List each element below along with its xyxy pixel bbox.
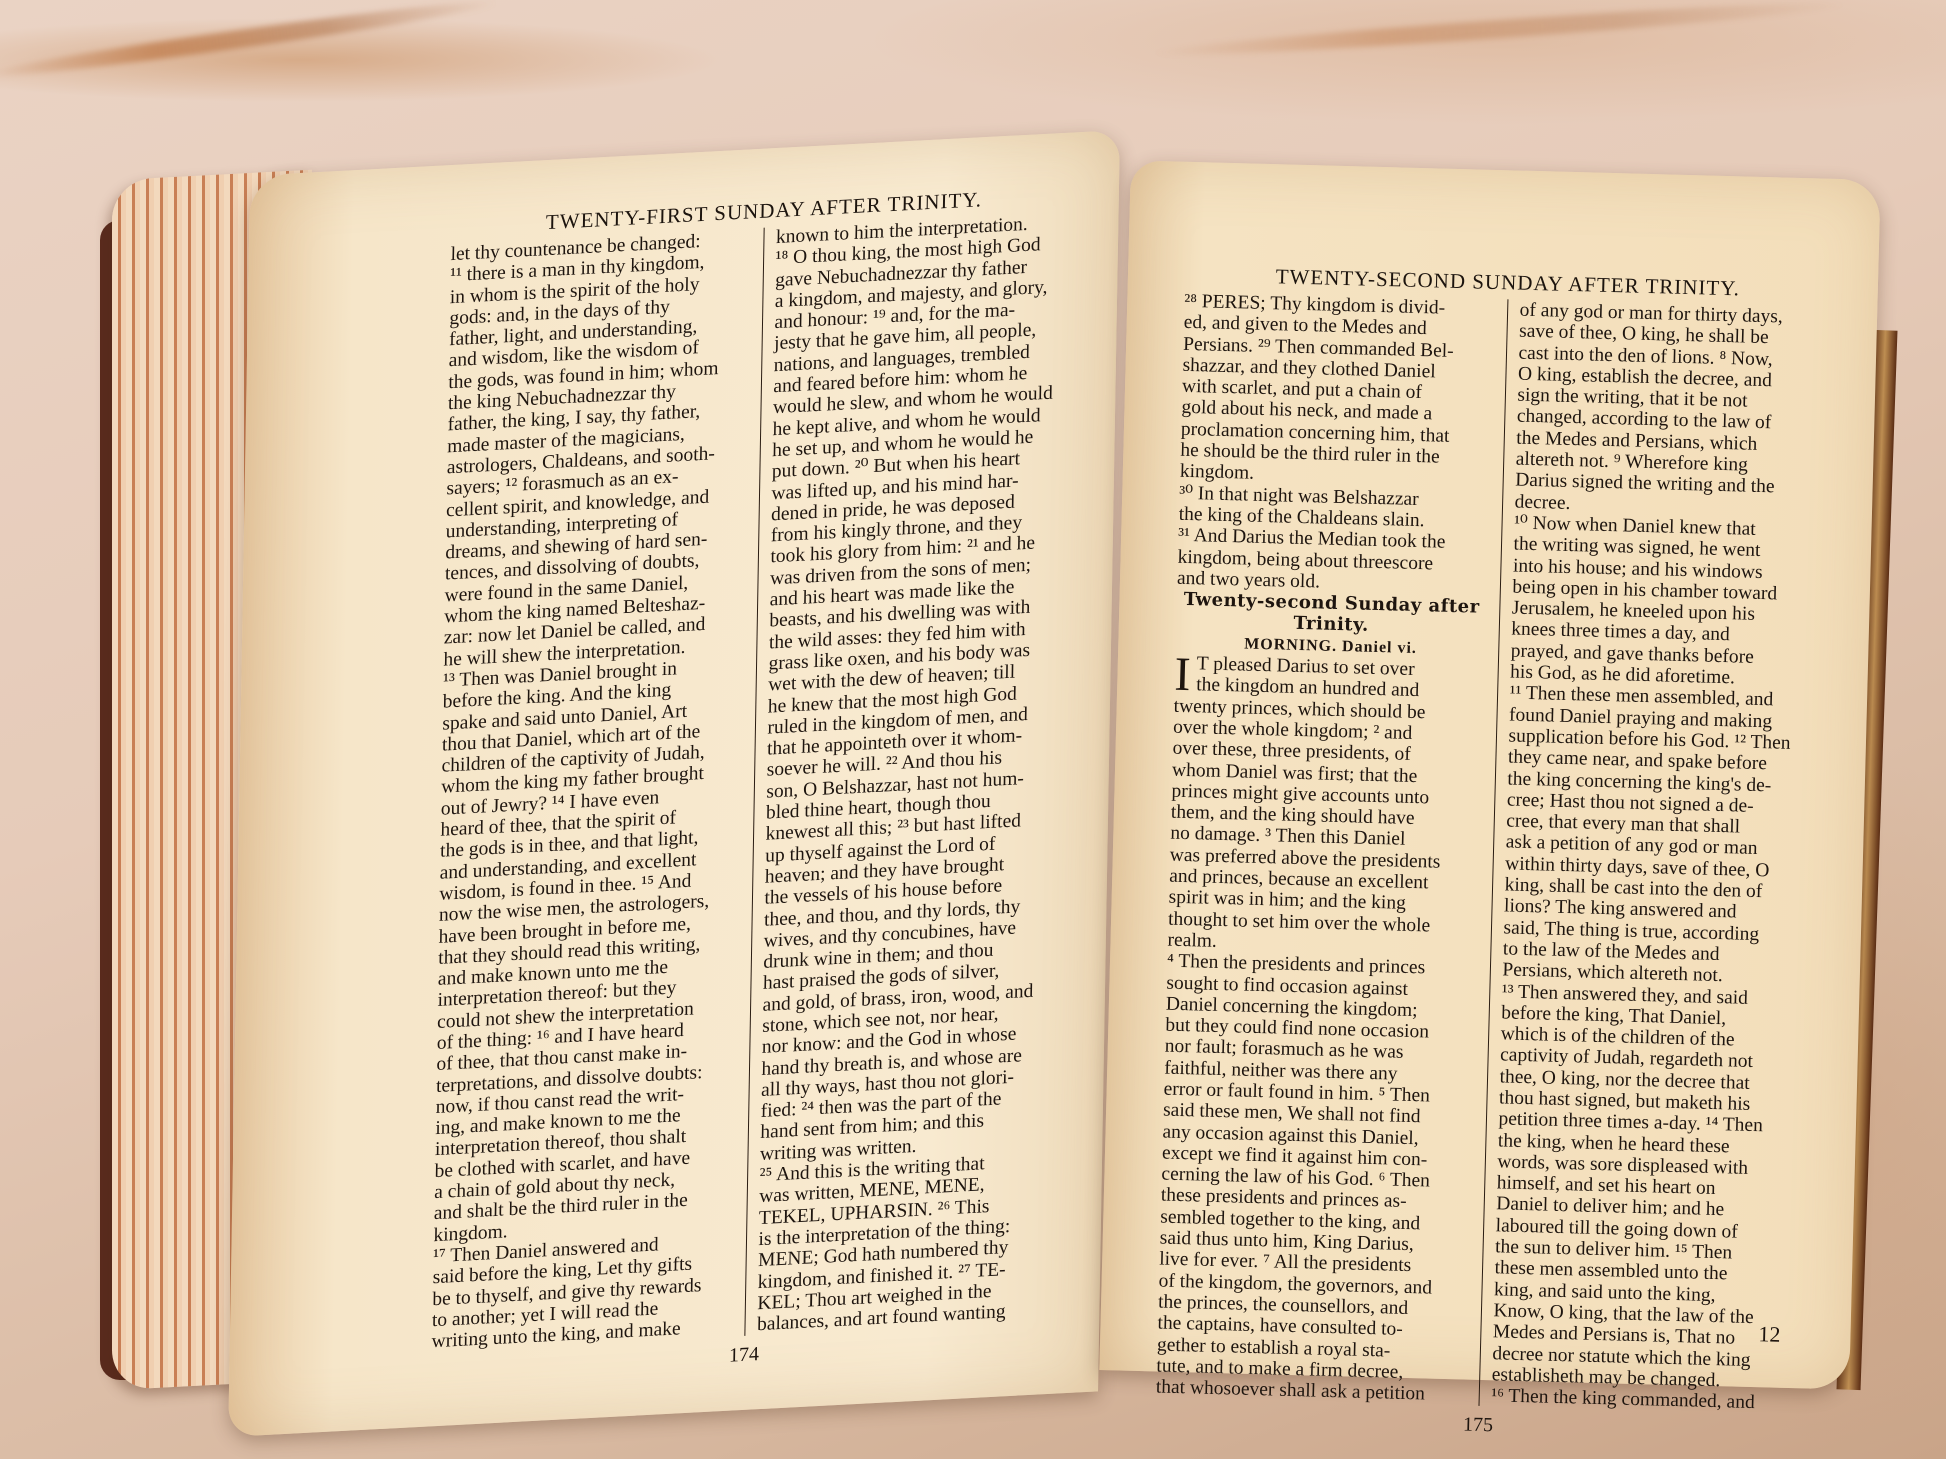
drop-cap: I [1174,655,1197,696]
text-block: ²⁸ PERES; Thy kingdom is divid-ed, and g… [1177,291,1495,597]
text-column: let thy countenance be changed:¹¹ there … [419,228,763,1354]
text-columns: ²⁸ PERES; Thy kingdom is divid-ed, and g… [1144,291,1843,1416]
signature-mark: 12 [1758,1321,1781,1348]
open-book: TWENTY-FIRST SUNDAY AFTER TRINITY. let t… [100,100,1880,1400]
text-column: of any god or man for thirty days,save o… [1478,299,1842,1415]
text-column: known to him the interpretation.¹⁸ O tho… [744,211,1089,1337]
text-block: T pleased Darius to set overthe kingdom … [1156,653,1486,1406]
text-columns: let thy countenance be changed:¹¹ there … [419,211,1088,1354]
right-page: TWENTY-SECOND SUNDAY AFTER TRINITY. ²⁸ P… [1099,160,1880,1389]
text-column: ²⁸ PERES; Thy kingdom is divid-ed, and g… [1144,291,1507,1407]
marble-vein [1150,0,1850,62]
marble-vein [0,0,499,84]
left-page: TWENTY-FIRST SUNDAY AFTER TRINITY. let t… [228,130,1120,1437]
